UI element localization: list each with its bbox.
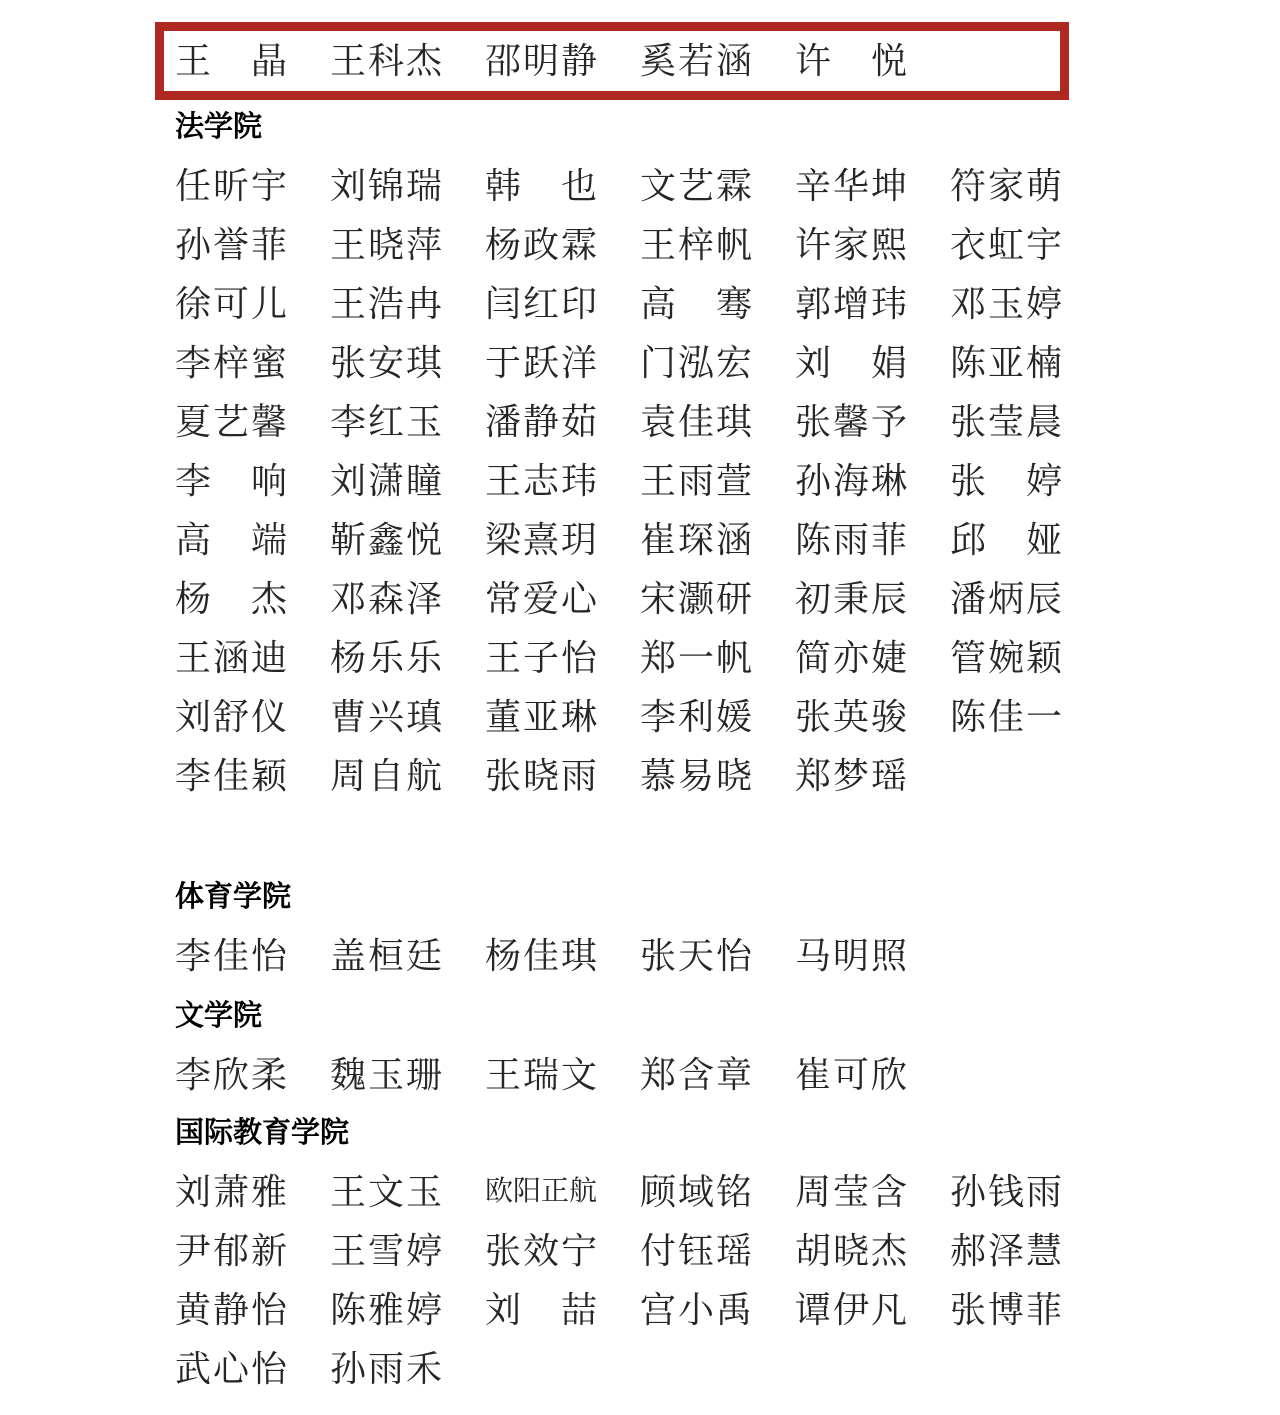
name-char: 梓	[213, 345, 249, 381]
person-name: 欧阳正航	[485, 1178, 597, 1206]
person-name: 郑一帆	[640, 640, 752, 676]
name-char: 瑶	[716, 1233, 752, 1269]
person-name: 李红玉	[330, 404, 442, 440]
name-char: 昕	[213, 168, 249, 204]
name-char: 泽	[988, 1233, 1024, 1269]
name-char: 陈	[950, 699, 986, 735]
name-char: 天	[678, 938, 714, 974]
person-name: 夏艺馨	[175, 404, 287, 440]
name-char: 子	[523, 640, 559, 676]
name-char: 王	[175, 43, 211, 79]
person-name: 崔琛涵	[640, 522, 752, 558]
name-char: 铭	[716, 1174, 752, 1210]
name-char: 郑	[640, 640, 676, 676]
name-char: 张	[950, 404, 986, 440]
name-char: 怡	[716, 938, 752, 974]
name-char: 雨	[1026, 1174, 1062, 1210]
highlight-box: 王晶王科杰邵明静奚若涵许悦	[155, 22, 1069, 100]
name-char: 萍	[406, 227, 442, 263]
person-name: 陈雅婷	[330, 1292, 442, 1328]
name-char: 王	[330, 1174, 366, 1210]
highlight-names-row: 王晶王科杰邵明静奚若涵许悦	[164, 43, 950, 79]
names-row: 李欣柔魏玉珊王瑞文郑含章崔可欣	[175, 1045, 1235, 1104]
name-char: 魏	[330, 1057, 366, 1093]
person-name: 王科杰	[330, 43, 442, 79]
name-char: 骏	[871, 699, 907, 735]
name-char: 简	[795, 640, 831, 676]
person-name: 杨政霖	[485, 227, 597, 263]
person-name: 孙雨禾	[330, 1351, 442, 1387]
name-char: 瑞	[523, 1057, 559, 1093]
name-char: 钱	[988, 1174, 1024, 1210]
name-char: 佳	[523, 938, 559, 974]
names-row: 高端靳鑫悦梁熹玥崔琛涵陈雨菲邱娅	[175, 510, 1235, 569]
person-name: 邱娅	[950, 522, 1062, 558]
person-name: 邓玉婷	[950, 286, 1062, 322]
name-char: 郑	[795, 758, 831, 794]
person-name: 杨乐乐	[330, 640, 442, 676]
name-char: 涵	[213, 640, 249, 676]
name-char: 娅	[1026, 522, 1062, 558]
name-char: 崔	[640, 522, 676, 558]
name-char: 杨	[330, 640, 366, 676]
person-name: 周莹含	[795, 1174, 907, 1210]
name-char: 泓	[678, 345, 714, 381]
name-char: 玉	[368, 1057, 404, 1093]
name-char: 效	[523, 1233, 559, 1269]
person-name: 王晶	[175, 43, 287, 79]
person-name: 潘静茹	[485, 404, 597, 440]
name-char: 徐	[175, 286, 211, 322]
name-char: 一	[1026, 699, 1062, 735]
name-char: 怡	[561, 640, 597, 676]
name-char: 佳	[213, 938, 249, 974]
name-char: 含	[678, 1057, 714, 1093]
person-name: 张晓雨	[485, 758, 597, 794]
name-char: 琪	[561, 938, 597, 974]
name-char: 秉	[833, 581, 869, 617]
person-name: 高骞	[640, 286, 752, 322]
name-char: 舒	[213, 699, 249, 735]
person-name: 付钰瑶	[640, 1233, 752, 1269]
name-char: 茹	[561, 404, 597, 440]
name-char: 小	[678, 1292, 714, 1328]
name-char: 王	[485, 1057, 521, 1093]
name-char: 航	[406, 758, 442, 794]
name-char: 媛	[716, 699, 752, 735]
name-char: 菲	[1026, 1292, 1062, 1328]
name-char: 新	[251, 1233, 287, 1269]
name-char: 悦	[871, 43, 907, 79]
name-char: 顾	[640, 1174, 676, 1210]
name-char: 菲	[871, 522, 907, 558]
name-char: 于	[485, 345, 521, 381]
name-char: 陈	[795, 522, 831, 558]
name-char: 任	[175, 168, 211, 204]
person-name: 李响	[175, 463, 287, 499]
person-name: 张婷	[950, 463, 1062, 499]
name-char: 欧	[485, 1178, 513, 1206]
name-char: 韩	[485, 168, 521, 204]
person-name: 王子怡	[485, 640, 597, 676]
name-char: 高	[175, 522, 211, 558]
names-row: 王涵迪杨乐乐王子怡郑一帆简亦婕管婉颖	[175, 628, 1235, 687]
person-name: 王雨萱	[640, 463, 752, 499]
person-name: 张博菲	[950, 1292, 1062, 1328]
person-name: 崔可欣	[795, 1057, 907, 1093]
name-char: 孙	[175, 227, 211, 263]
name-char: 文	[561, 1057, 597, 1093]
person-name: 潘炳辰	[950, 581, 1062, 617]
name-char: 家	[833, 227, 869, 263]
name-char: 洋	[561, 345, 597, 381]
name-char: 迪	[251, 640, 287, 676]
name-char: 帆	[716, 640, 752, 676]
name-char: 域	[678, 1174, 714, 1210]
name-char: 刘	[330, 168, 366, 204]
name-char: 莹	[833, 1174, 869, 1210]
person-name: 武心怡	[175, 1351, 287, 1387]
name-char: 正	[541, 1178, 569, 1206]
college-section: 国际教育学院刘萧雅王文玉欧阳正航顾域铭周莹含孙钱雨尹郁新王雪婷张效宁付钰瑶胡晓杰…	[175, 1116, 1235, 1398]
name-char: 尹	[175, 1233, 211, 1269]
name-char: 琳	[561, 699, 597, 735]
name-char: 华	[833, 168, 869, 204]
sections: 法学院任昕宇刘锦瑞韩也文艺霖辛华坤符家萌孙誉菲王晓萍杨政霖王梓帆许家熙衣虹宇徐可…	[175, 110, 1235, 1398]
person-name: 宋灏研	[640, 581, 752, 617]
name-char: 文	[368, 1174, 404, 1210]
name-char: 宋	[640, 581, 676, 617]
name-char: 王	[485, 463, 521, 499]
names-row: 徐可儿王浩冉闫红印高骞郭增玮邓玉婷	[175, 274, 1235, 333]
name-char: 政	[523, 227, 559, 263]
name-char: 心	[561, 581, 597, 617]
name-char: 婉	[988, 640, 1024, 676]
names-row: 李佳颖周自航张晓雨慕易晓郑梦瑶	[175, 746, 1235, 805]
name-char: 阳	[513, 1178, 541, 1206]
name-char: 红	[523, 286, 559, 322]
name-char: 张	[485, 758, 521, 794]
person-name: 文艺霖	[640, 168, 752, 204]
person-name: 管婉颖	[950, 640, 1062, 676]
person-name: 李梓蜜	[175, 345, 287, 381]
name-char: 杨	[485, 227, 521, 263]
name-char: 张	[795, 404, 831, 440]
name-char: 一	[678, 640, 714, 676]
person-name: 李佳颖	[175, 758, 287, 794]
name-char: 雪	[368, 1233, 404, 1269]
name-char: 章	[716, 1057, 752, 1093]
person-name: 刘舒仪	[175, 699, 287, 735]
name-char: 郁	[213, 1233, 249, 1269]
name-char: 冉	[406, 286, 442, 322]
person-name: 孙钱雨	[950, 1174, 1062, 1210]
name-char: 孙	[950, 1174, 986, 1210]
name-char: 初	[795, 581, 831, 617]
name-char: 艺	[213, 404, 249, 440]
name-char: 晓	[716, 758, 752, 794]
name-char: 英	[833, 699, 869, 735]
names-row: 李梓蜜张安琪于跃洋门泓宏刘娟陈亚楠	[175, 333, 1235, 392]
name-char: 王	[485, 640, 521, 676]
person-name: 尹郁新	[175, 1233, 287, 1269]
name-char: 禹	[716, 1292, 752, 1328]
person-name: 初秉辰	[795, 581, 907, 617]
name-char: 雨	[678, 463, 714, 499]
name-char: 博	[988, 1292, 1024, 1328]
name-char: 武	[175, 1351, 211, 1387]
name-char: 刘	[330, 463, 366, 499]
name-char: 誉	[213, 227, 249, 263]
person-name: 张效宁	[485, 1233, 597, 1269]
name-char: 涵	[716, 43, 752, 79]
name-char: 琛	[678, 522, 714, 558]
person-name: 刘喆	[485, 1292, 597, 1328]
person-name: 郝泽慧	[950, 1233, 1062, 1269]
name-char: 曹	[330, 699, 366, 735]
person-name: 郭增玮	[795, 286, 907, 322]
name-char: 婷	[1026, 286, 1062, 322]
name-char: 常	[485, 581, 521, 617]
name-char: 玥	[561, 522, 597, 558]
name-char: 慕	[640, 758, 676, 794]
name-char: 高	[640, 286, 676, 322]
name-char: 婷	[406, 1233, 442, 1269]
name-char: 爱	[523, 581, 559, 617]
person-name: 衣虹宇	[950, 227, 1062, 263]
name-char: 梦	[833, 758, 869, 794]
person-name: 高端	[175, 522, 287, 558]
name-char: 潇	[368, 463, 404, 499]
name-char: 珊	[406, 1057, 442, 1093]
name-char: 玮	[561, 463, 597, 499]
section-title: 国际教育学院	[175, 1116, 1235, 1150]
name-char: 辛	[795, 168, 831, 204]
name-char: 陈	[950, 345, 986, 381]
person-name: 马明照	[795, 938, 907, 974]
names-row: 武心怡孙雨禾	[175, 1339, 1235, 1398]
name-char: 付	[640, 1233, 676, 1269]
name-char: 乐	[368, 640, 404, 676]
name-char: 雨	[833, 522, 869, 558]
name-char: 亚	[988, 345, 1024, 381]
person-name: 张天怡	[640, 938, 752, 974]
name-char: 梓	[678, 227, 714, 263]
name-char: 胡	[795, 1233, 831, 1269]
name-char: 马	[795, 938, 831, 974]
name-char: 颖	[1026, 640, 1062, 676]
name-char: 泽	[406, 581, 442, 617]
name-char: 宁	[561, 1233, 597, 1269]
person-name: 刘锦瑞	[330, 168, 442, 204]
names-row: 黄静怡陈雅婷刘喆宫小禹谭伊凡张博菲	[175, 1280, 1235, 1339]
name-char: 刘	[175, 1174, 211, 1210]
name-char: 涵	[716, 522, 752, 558]
name-char: 衣	[950, 227, 986, 263]
person-name: 谭伊凡	[795, 1292, 907, 1328]
name-char: 也	[561, 168, 597, 204]
name-char: 琪	[406, 345, 442, 381]
name-char: 辰	[871, 581, 907, 617]
person-name: 李欣柔	[175, 1057, 287, 1093]
name-char: 科	[368, 43, 404, 79]
name-char: 孙	[795, 463, 831, 499]
name-char: 研	[716, 581, 752, 617]
name-char: 兴	[368, 699, 404, 735]
name-char: 菲	[251, 227, 287, 263]
name-char: 钰	[678, 1233, 714, 1269]
person-name: 宫小禹	[640, 1292, 752, 1328]
name-char: 可	[833, 1057, 869, 1093]
name-char: 雅	[368, 1292, 404, 1328]
name-char: 婷	[1026, 463, 1062, 499]
person-name: 郑梦瑶	[795, 758, 907, 794]
name-char: 晓	[523, 758, 559, 794]
name-char: 张	[950, 463, 986, 499]
person-name: 王晓萍	[330, 227, 442, 263]
name-char: 瞳	[406, 463, 442, 499]
name-char: 亦	[833, 640, 869, 676]
name-char: 邓	[330, 581, 366, 617]
name-char: 印	[561, 286, 597, 322]
person-name: 周自航	[330, 758, 442, 794]
person-name: 常爱心	[485, 581, 597, 617]
name-char: 楠	[1026, 345, 1062, 381]
section-title: 体育学院	[175, 880, 1235, 914]
name-char: 邱	[950, 522, 986, 558]
name-char: 李	[640, 699, 676, 735]
name-char: 廷	[406, 938, 442, 974]
person-name: 杨杰	[175, 581, 287, 617]
name-char: 佳	[678, 404, 714, 440]
name-char: 儿	[251, 286, 287, 322]
name-char: 红	[368, 404, 404, 440]
name-char: 馨	[251, 404, 287, 440]
person-name: 孙誉菲	[175, 227, 287, 263]
name-char: 怡	[251, 1351, 287, 1387]
name-char: 杰	[871, 1233, 907, 1269]
person-name: 王雪婷	[330, 1233, 442, 1269]
person-name: 奚若涵	[640, 43, 752, 79]
person-name: 李利媛	[640, 699, 752, 735]
person-name: 刘娟	[795, 345, 907, 381]
person-name: 张英骏	[795, 699, 907, 735]
name-char: 欣	[871, 1057, 907, 1093]
name-char: 萌	[1026, 168, 1062, 204]
name-char: 鑫	[368, 522, 404, 558]
name-char: 雨	[561, 758, 597, 794]
name-char: 雅	[251, 1174, 287, 1210]
name-char: 夏	[175, 404, 211, 440]
name-char: 张	[640, 938, 676, 974]
name-char: 亚	[523, 699, 559, 735]
person-name: 陈佳一	[950, 699, 1062, 735]
person-name: 杨佳琪	[485, 938, 597, 974]
name-char: 潘	[950, 581, 986, 617]
name-char: 灏	[678, 581, 714, 617]
person-name: 王梓帆	[640, 227, 752, 263]
name-char: 晨	[1026, 404, 1062, 440]
name-char: 帆	[716, 227, 752, 263]
names-row: 夏艺馨李红玉潘静茹袁佳琪张馨予张莹晨	[175, 392, 1235, 451]
name-char: 海	[833, 463, 869, 499]
name-char: 志	[523, 463, 559, 499]
person-name: 任昕宇	[175, 168, 287, 204]
name-char: 玮	[871, 286, 907, 322]
person-name: 徐可儿	[175, 286, 287, 322]
name-char: 喆	[561, 1292, 597, 1328]
name-char: 门	[640, 345, 676, 381]
name-char: 若	[678, 43, 714, 79]
person-name: 许家熙	[795, 227, 907, 263]
name-char: 王	[330, 227, 366, 263]
name-char: 蜜	[251, 345, 287, 381]
name-char: 宇	[1026, 227, 1062, 263]
person-name: 王文玉	[330, 1174, 442, 1210]
name-char: 王	[330, 1233, 366, 1269]
name-char: 晓	[833, 1233, 869, 1269]
name-char: 谭	[795, 1292, 831, 1328]
name-char: 盖	[330, 938, 366, 974]
names-row: 杨杰邓森泽常爱心宋灏研初秉辰潘炳辰	[175, 569, 1235, 628]
name-char: 伊	[833, 1292, 869, 1328]
name-char: 琪	[716, 404, 752, 440]
name-char: 柔	[251, 1057, 287, 1093]
name-char: 明	[523, 43, 559, 79]
name-char: 明	[833, 938, 869, 974]
name-char: 瑞	[406, 168, 442, 204]
name-char: 婷	[406, 1292, 442, 1328]
name-char: 跃	[523, 345, 559, 381]
name-char: 管	[950, 640, 986, 676]
person-name: 靳鑫悦	[330, 522, 442, 558]
name-char: 佳	[988, 699, 1024, 735]
person-name: 孙海琳	[795, 463, 907, 499]
name-char: 杰	[251, 581, 287, 617]
name-char: 娟	[871, 345, 907, 381]
name-char: 邓	[950, 286, 986, 322]
name-char: 心	[213, 1351, 249, 1387]
name-char: 李	[175, 938, 211, 974]
name-char: 静	[523, 404, 559, 440]
name-char: 李	[330, 404, 366, 440]
person-name: 曹兴瑱	[330, 699, 442, 735]
person-name: 张莹晨	[950, 404, 1062, 440]
section-title: 法学院	[175, 110, 1235, 144]
name-char: 霖	[561, 227, 597, 263]
name-char: 熹	[523, 522, 559, 558]
name-char: 凡	[871, 1292, 907, 1328]
name-char: 静	[213, 1292, 249, 1328]
name-char: 玉	[988, 286, 1024, 322]
person-name: 慕易晓	[640, 758, 752, 794]
person-name: 刘萧雅	[175, 1174, 287, 1210]
person-name: 胡晓杰	[795, 1233, 907, 1269]
name-char: 刘	[795, 345, 831, 381]
person-name: 邓森泽	[330, 581, 442, 617]
person-name: 许悦	[795, 43, 907, 79]
college-section: 文学院李欣柔魏玉珊王瑞文郑含章崔可欣	[175, 999, 1235, 1104]
name-char: 郑	[640, 1057, 676, 1093]
person-name: 王志玮	[485, 463, 597, 499]
name-char: 王	[330, 43, 366, 79]
person-name: 陈亚楠	[950, 345, 1062, 381]
name-char: 艺	[678, 168, 714, 204]
person-name: 韩也	[485, 168, 597, 204]
name-char: 邵	[485, 43, 521, 79]
section-title: 文学院	[175, 999, 1235, 1033]
name-char: 宫	[640, 1292, 676, 1328]
